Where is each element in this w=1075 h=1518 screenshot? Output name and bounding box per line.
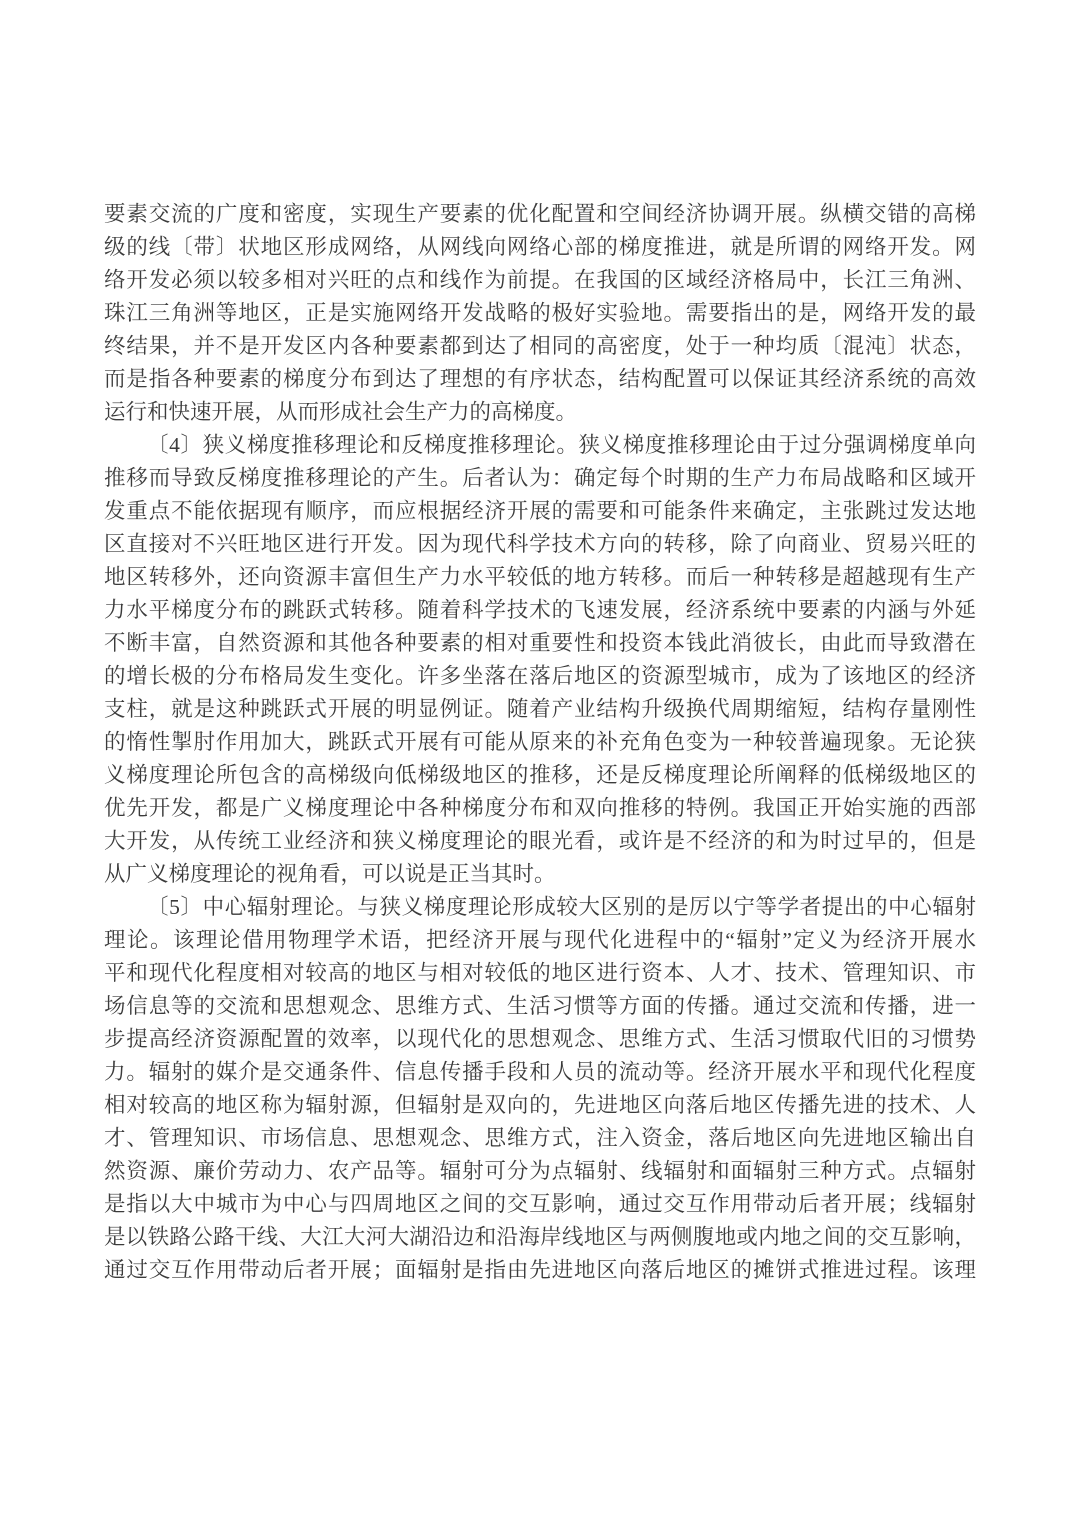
text-line: 优先开发，都是广义梯度理论中各种梯度分布和双向推移的特例。我国正开始实施的西部 xyxy=(104,792,976,825)
text-line: 义梯度理论所包含的高梯级向低梯级地区的推移，还是反梯度理论所阐释的低梯级地区的 xyxy=(104,759,976,792)
text-line: 是指以大中城市为中心与四周地区之间的交互影响，通过交互作用带动后者开展；线辐射 xyxy=(104,1188,976,1221)
text-line: 大开发，从传统工业经济和狭义梯度理论的眼光看，或许是不经济的和为时过早的，但是 xyxy=(104,825,976,858)
text-line: 终结果，并不是开发区内各种要素都到达了相同的高密度，处于一种均质〔混沌〕状态， xyxy=(104,330,976,363)
text-line: 场信息等的交流和思想观念、思维方式、生活习惯等方面的传播。通过交流和传播，进一 xyxy=(104,990,976,1023)
text-line: 的惰性掣肘作用加大，跳跃式开展有可能从原来的补充角色变为一种较普遍现象。无论狭 xyxy=(104,726,976,759)
text-line: 而是指各种要素的梯度分布到达了理想的有序状态，结构配置可以保证其经济系统的高效 xyxy=(104,363,976,396)
paragraph-gradient-transfer-theory: 〔4〕狭义梯度推移理论和反梯度推移理论。狭义梯度推移理论由于过分强调梯度单向 推… xyxy=(104,429,976,891)
text-line: 从广义梯度理论的视角看，可以说是正当其时。 xyxy=(104,858,976,891)
text-line: 级的线〔带〕状地区形成网络，从网线向网络心部的梯度推进，就是所谓的网络开发。网 xyxy=(104,231,976,264)
text-line: 地区转移外，还向资源丰富但生产力水平较低的地方转移。而后一种转移是超越现有生产 xyxy=(104,561,976,594)
text-line: 〔5〕中心辐射理论。与狭义梯度理论形成较大区别的是厉以宁等学者提出的中心辐射 xyxy=(104,891,976,924)
paragraph-network-development: 要素交流的广度和密度，实现生产要素的优化配置和空间经济协调开展。纵横交错的高梯 … xyxy=(104,198,976,429)
text-line: 推移而导致反梯度推移理论的产生。后者认为：确定每个时期的生产力布局战略和区域开 xyxy=(104,462,976,495)
text-line: 平和现代化程度相对较高的地区与相对较低的地区进行资本、人才、技术、管理知识、市 xyxy=(104,957,976,990)
text-line: 区直接对不兴旺地区进行开发。因为现代科学技术方向的转移，除了向商业、贸易兴旺的 xyxy=(104,528,976,561)
text-line: 的增长极的分布格局发生变化。许多坐落在落后地区的资源型城市，成为了该地区的经济 xyxy=(104,660,976,693)
text-line: 〔4〕狭义梯度推移理论和反梯度推移理论。狭义梯度推移理论由于过分强调梯度单向 xyxy=(104,429,976,462)
text-line: 支柱，就是这种跳跃式开展的明显例证。随着产业结构升级换代周期缩短，结构存量刚性 xyxy=(104,693,976,726)
text-line: 力。辐射的媒介是交通条件、信息传播手段和人员的流动等。经济开展水平和现代化程度 xyxy=(104,1056,976,1089)
text-line: 力水平梯度分布的跳跃式转移。随着科学技术的飞速发展，经济系统中要素的内涵与外延 xyxy=(104,594,976,627)
text-line: 然资源、廉价劳动力、农产品等。辐射可分为点辐射、线辐射和面辐射三种方式。点辐射 xyxy=(104,1155,976,1188)
document-page: 要素交流的广度和密度，实现生产要素的优化配置和空间经济协调开展。纵横交错的高梯 … xyxy=(0,0,1075,1518)
text-line: 相对较高的地区称为辐射源，但辐射是双向的，先进地区向落后地区传播先进的技术、人 xyxy=(104,1089,976,1122)
text-line: 理论。该理论借用物理学术语，把经济开展与现代化进程中的“辐射”定义为经济开展水 xyxy=(104,924,976,957)
text-line: 要素交流的广度和密度，实现生产要素的优化配置和空间经济协调开展。纵横交错的高梯 xyxy=(104,198,976,231)
text-line: 络开发必须以较多相对兴旺的点和线作为前提。在我国的区域经济格局中，长江三角洲、 xyxy=(104,264,976,297)
text-line: 发重点不能依据现有顺序，而应根据经济开展的需要和可能条件来确定，主张跳过发达地 xyxy=(104,495,976,528)
text-line: 运行和快速开展，从而形成社会生产力的高梯度。 xyxy=(104,396,976,429)
text-line: 是以铁路公路干线、大江大河大湖沿边和沿海岸线地区与两侧腹地或内地之间的交互影响， xyxy=(104,1221,976,1254)
text-line: 珠江三角洲等地区，正是实施网络开发战略的极好实验地。需要指出的是，网络开发的最 xyxy=(104,297,976,330)
text-line: 才、管理知识、市场信息、思想观念、思维方式，注入资金，落后地区向先进地区输出自 xyxy=(104,1122,976,1155)
text-line: 步提高经济资源配置的效率，以现代化的思想观念、思维方式、生活习惯取代旧的习惯势 xyxy=(104,1023,976,1056)
text-line: 通过交互作用带动后者开展；面辐射是指由先进地区向落后地区的摊饼式推进过程。该理 xyxy=(104,1254,976,1287)
paragraph-central-radiation-theory: 〔5〕中心辐射理论。与狭义梯度理论形成较大区别的是厉以宁等学者提出的中心辐射 理… xyxy=(104,891,976,1287)
text-line: 不断丰富，自然资源和其他各种要素的相对重要性和投资本钱此消彼长，由此而导致潜在 xyxy=(104,627,976,660)
